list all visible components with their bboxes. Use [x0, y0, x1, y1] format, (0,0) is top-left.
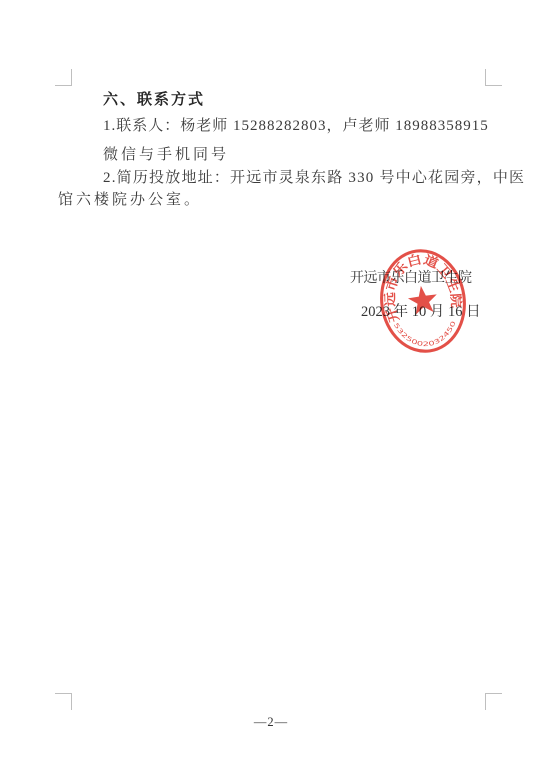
seal-star-icon [406, 284, 439, 315]
body-line-wechat: 微信与手机同号 [103, 146, 229, 165]
seal-arc-text: 开远市乐白道卫生院 [376, 246, 466, 325]
body-line-address-cont: 馆六楼院办公室。 [58, 191, 202, 210]
text-boundary-mark-top-right [485, 69, 502, 86]
text-boundary-mark-bottom-left [55, 693, 72, 710]
text-boundary-mark-bottom-right [485, 693, 502, 710]
document-page: 六、联系方式 1.联系人：杨老师 15288282803，卢老师 1898835… [0, 0, 552, 775]
body-line-contacts: 1.联系人：杨老师 15288282803，卢老师 18988358915 [103, 117, 489, 136]
body-line-address: 2.简历投放地址：开远市灵泉东路 330 号中心花园旁，中医 [103, 169, 525, 188]
section-heading: 六、联系方式 [103, 91, 205, 110]
page-number: —2— [0, 715, 542, 730]
svg-text:开远市乐白道卫生院: 开远市乐白道卫生院 [376, 246, 466, 325]
official-seal: 开远市乐白道卫生院 5325002032450 [374, 243, 472, 359]
text-boundary-mark-top-left [55, 69, 72, 86]
